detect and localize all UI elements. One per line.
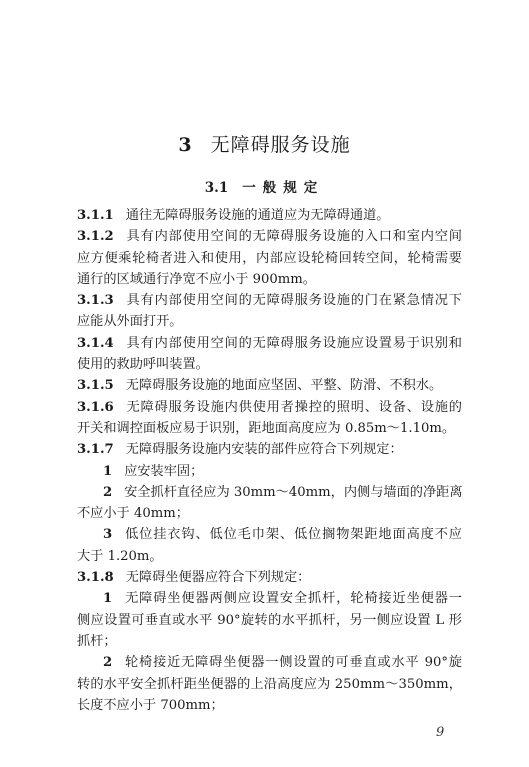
line-text: 使用的救助呼叫装置。	[77, 357, 209, 372]
chapter-title: 3无障碍服务设施	[0, 130, 529, 157]
line-text: 无障碍服务设施的地面应坚固、平整、防滑、不积水。	[126, 378, 443, 393]
item-number: 1	[103, 591, 112, 606]
line-text: 具有内部使用空间的无障碍服务设施的门在紧急情况下	[126, 293, 462, 308]
clause-line: 3.1.7无障碍服务设施内安装的部件应符合下列规定：	[77, 439, 462, 460]
clause-number: 3.1.5	[77, 378, 114, 393]
chapter-number: 3	[178, 134, 192, 156]
line-text: 无障碍坐便器两侧应设置安全抓杆，轮椅接近坐便器一	[124, 591, 462, 606]
text-line: 大于 1.20m。	[77, 546, 462, 567]
line-text: 低位挂衣钩、低位毛巾架、低位搁物架距地面高度不应	[124, 527, 462, 542]
line-text: 无障碍服务设施内供使用者操控的照明、设备、设施的	[126, 400, 462, 415]
page-number: 9	[436, 725, 444, 740]
line-text: 通往无障碍服务设施的通道应为无障碍通道。	[126, 208, 390, 223]
clause-line: 3.1.3具有内部使用空间的无障碍服务设施的门在紧急情况下	[77, 290, 462, 311]
text-line: 使用的救助呼叫装置。	[77, 354, 462, 375]
item-number: 2	[103, 655, 112, 670]
text-line: 抓杆；	[77, 631, 462, 652]
line-text: 无障碍坐便器应符合下列规定：	[126, 570, 311, 585]
clause-number: 3.1.8	[77, 570, 114, 585]
section-number: 3.1	[205, 180, 229, 196]
item-number: 1	[103, 464, 112, 479]
text-line: 侧应设置可垂直或水平 90°旋转的水平抓杆，另一侧应设置 L 形	[77, 610, 462, 631]
document-page: 3无障碍服务设施 3.1一般规定 3.1.1通往无障碍服务设施的通道应为无障碍通…	[0, 0, 529, 767]
line-text: 不应小于 40mm；	[77, 506, 189, 521]
item-line: 2安全抓杆直径应为 30mm～40mm，内侧与墙面的净距离	[77, 482, 462, 503]
item-number: 2	[103, 485, 112, 500]
line-text: 大于 1.20m。	[77, 549, 163, 564]
line-text: 无障碍服务设施内安装的部件应符合下列规定：	[126, 442, 403, 457]
line-text: 侧应设置可垂直或水平 90°旋转的水平抓杆，另一侧应设置 L 形	[77, 613, 462, 628]
section-title: 3.1一般规定	[0, 176, 529, 196]
chapter-title-text: 无障碍服务设施	[211, 134, 351, 156]
section-title-text: 一般规定	[242, 180, 324, 196]
text-line: 不应小于 40mm；	[77, 503, 462, 524]
clause-line: 3.1.1通往无障碍服务设施的通道应为无障碍通道。	[77, 205, 462, 226]
clause-number: 3.1.1	[77, 208, 114, 223]
clause-line: 3.1.8无障碍坐便器应符合下列规定：	[77, 567, 462, 588]
line-text: 长度不应小于 700mm；	[77, 698, 224, 713]
clause-line: 3.1.5无障碍服务设施的地面应坚固、平整、防滑、不积水。	[77, 375, 462, 396]
item-line: 3低位挂衣钩、低位毛巾架、低位搁物架距地面高度不应	[77, 524, 462, 545]
text-line: 应方便乘轮椅者进入和使用，内部应设轮椅回转空间，轮椅需要	[77, 248, 462, 269]
line-text: 安全抓杆直径应为 30mm～40mm，内侧与墙面的净距离	[124, 485, 462, 500]
item-line: 2轮椅接近无障碍坐便器一侧设置的可垂直或水平 90°旋	[77, 652, 462, 673]
clause-number: 3.1.7	[77, 442, 114, 457]
line-text: 应能从外面打开。	[77, 314, 183, 329]
clause-number: 3.1.2	[77, 229, 114, 244]
clause-number: 3.1.6	[77, 400, 114, 415]
text-line: 转的水平安全抓杆距坐便器的上沿高度应为 250mm～350mm，	[77, 674, 462, 695]
clause-line: 3.1.6无障碍服务设施内供使用者操控的照明、设备、设施的	[77, 397, 462, 418]
line-text: 开关和调控面板应易于识别，距地面高度应为 0.85m～1.10m。	[77, 421, 455, 436]
clause-line: 3.1.4具有内部使用空间的无障碍服务设施应设置易于识别和	[77, 333, 462, 354]
clause-number: 3.1.4	[77, 336, 114, 351]
clause-line: 3.1.2具有内部使用空间的无障碍服务设施的入口和室内空间	[77, 226, 462, 247]
line-text: 抓杆；	[77, 634, 117, 649]
line-text: 通行的区域通行净宽不应小于 900mm。	[77, 272, 316, 287]
item-line: 1应安装牢固；	[77, 461, 462, 482]
item-line: 1无障碍坐便器两侧应设置安全抓杆，轮椅接近坐便器一	[77, 588, 462, 609]
text-line: 应能从外面打开。	[77, 311, 462, 332]
line-text: 应方便乘轮椅者进入和使用，内部应设轮椅回转空间，轮椅需要	[77, 251, 462, 266]
line-text: 具有内部使用空间的无障碍服务设施的入口和室内空间	[126, 229, 462, 244]
document-body: 3.1.1通往无障碍服务设施的通道应为无障碍通道。3.1.2具有内部使用空间的无…	[77, 205, 462, 716]
text-line: 开关和调控面板应易于识别，距地面高度应为 0.85m～1.10m。	[77, 418, 462, 439]
text-line: 通行的区域通行净宽不应小于 900mm。	[77, 269, 462, 290]
line-text: 具有内部使用空间的无障碍服务设施应设置易于识别和	[126, 336, 462, 351]
clause-number: 3.1.3	[77, 293, 114, 308]
line-text: 应安装牢固；	[124, 464, 203, 479]
item-number: 3	[103, 527, 112, 542]
line-text: 轮椅接近无障碍坐便器一侧设置的可垂直或水平 90°旋	[124, 655, 462, 670]
line-text: 转的水平安全抓杆距坐便器的上沿高度应为 250mm～350mm，	[77, 677, 462, 692]
text-line: 长度不应小于 700mm；	[77, 695, 462, 716]
